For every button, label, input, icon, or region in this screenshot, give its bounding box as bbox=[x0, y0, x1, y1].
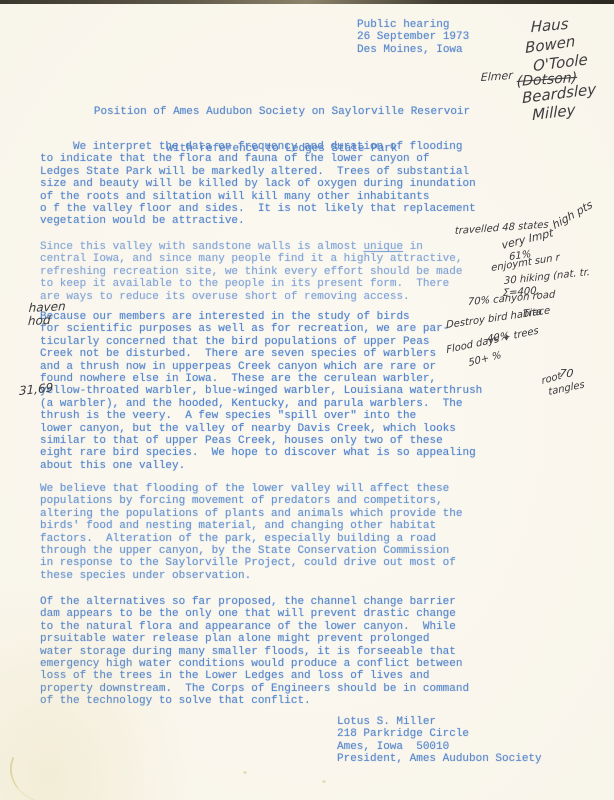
handwritten-note: high pts bbox=[551, 199, 594, 232]
title-line-1: Position of Ames Audubon Society on Sayl… bbox=[93, 106, 471, 118]
hearing-date-block: Public hearing 26 September 1973 Des Moi… bbox=[357, 19, 469, 56]
paragraph-habitat-factors: We believe that flooding of the lower va… bbox=[40, 483, 462, 582]
handwritten-note: haven hod bbox=[28, 300, 66, 327]
scan-edge-artifact bbox=[0, 0, 614, 4]
document-page: Public hearing 26 September 1973 Des Moi… bbox=[0, 0, 614, 800]
handwritten-note: 30 hiking (nat. tr. bbox=[504, 268, 590, 288]
handwritten-note: Milley bbox=[532, 103, 576, 124]
signature-block: Lotus S. Miller 218 Parkridge Circle Ame… bbox=[337, 716, 542, 766]
paper-stain bbox=[2, 757, 51, 800]
handwritten-note: Elmer bbox=[481, 70, 513, 84]
paper-speck bbox=[322, 780, 326, 783]
paragraph-unique-valley: Since this valley with sandstone walls i… bbox=[40, 241, 462, 303]
paragraph-bird-populations: Because our members are interested in th… bbox=[40, 311, 482, 472]
paper-speck bbox=[243, 771, 247, 774]
paragraph-flooding-impact: We interpret the data on frequency and d… bbox=[40, 141, 476, 228]
paragraph-alternatives: Of the alternatives so far proposed, the… bbox=[40, 596, 469, 708]
